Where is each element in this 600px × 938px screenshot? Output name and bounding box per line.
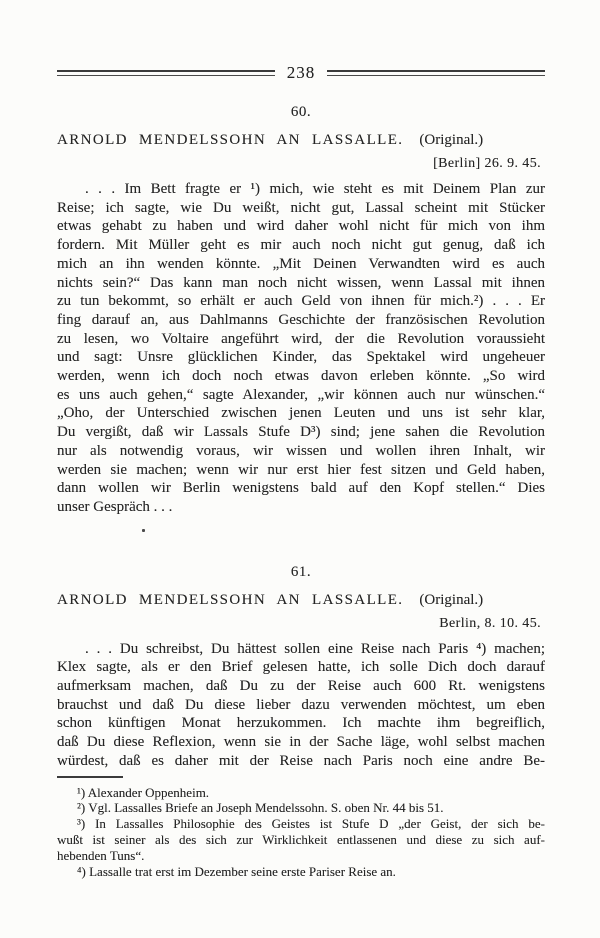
letter-heading: ARNOLD MENDELSSOHN AN LASSALLE.(Original… (57, 592, 545, 609)
text-line: würdest, daß es daher mit der Reise nach… (57, 752, 545, 771)
text-line: . . . Du schreibst, Du hättest sollen ei… (57, 640, 545, 659)
footnote-4: ⁴) Lassalle trat erst im Dezember seine … (57, 864, 545, 880)
text-line: zu tun bekommt, so erhält er auch Geld v… (57, 292, 545, 311)
text-line: „Oho, der Unterschied zwischen jenen Leu… (57, 404, 545, 423)
letter-dateline: Berlin, 8. 10. 45. (57, 616, 545, 632)
print-speck (142, 529, 145, 532)
letter-heading: ARNOLD MENDELSSOHN AN LASSALLE.(Original… (57, 132, 545, 149)
text-line: schon künftigen Monat herzukommen. Ich m… (57, 714, 545, 733)
letter-heading-title: ARNOLD MENDELSSOHN AN LASSALLE. (57, 132, 403, 148)
footnote-separator-rule (57, 776, 123, 778)
text-line: nur als notwendig voraus, wir wissen und… (57, 442, 545, 461)
text-line: es uns auch gehen,“ sagte Alexander, „wi… (57, 386, 545, 405)
text-line: wußt ist seiner als des sich zur Wirklic… (57, 832, 545, 848)
text-line: fing darauf an, aus Dahlmanns Geschichte… (57, 311, 545, 330)
text-line: nichts sein?“ Das kann man noch nicht wi… (57, 274, 545, 293)
letter-body: . . . Im Bett fragte er ¹) mich, wie ste… (57, 180, 545, 517)
text-line: brauchst und daß Du diese lieber dazu ve… (57, 696, 545, 715)
letter-heading-original: (Original.) (419, 132, 483, 148)
text-line: ²) Vgl. Lassalles Briefe an Joseph Mende… (57, 800, 545, 816)
text-line: unser Gespräch . . . (57, 498, 545, 517)
letter-body: . . . Du schreibst, Du hättest sollen ei… (57, 640, 545, 771)
letter-heading-title: ARNOLD MENDELSSOHN AN LASSALLE. (57, 592, 403, 608)
text-line: hebenden Tuns“. (57, 848, 545, 864)
text-line: mich an ihn wenden könnte. „Mit Deinen V… (57, 255, 545, 274)
text-line: aufmerksam machen, daß Du zu der Reise a… (57, 677, 545, 696)
page-number: 238 (287, 63, 316, 83)
text-line: Reise; ich sagte, wie Du weißt, nicht gu… (57, 199, 545, 218)
page-header: 238 (57, 63, 545, 83)
footnote-3: ³) In Lassalles Philosophie des Geistes … (57, 816, 545, 863)
text-line: ³) In Lassalles Philosophie des Geistes … (57, 816, 545, 832)
text-line: Klex sagte, als er den Brief gelesen hat… (57, 658, 545, 677)
text-line: werden sie machen; wenn wir nur erst hie… (57, 461, 545, 480)
text-line: und sagt: Unsre glücklichen Kinder, das … (57, 348, 545, 367)
letter-60: 60. ARNOLD MENDELSSOHN AN LASSALLE.(Orig… (57, 104, 545, 517)
text-line: Du vergißt, daß wir Lassals Stufe D³) si… (57, 423, 545, 442)
footnote-1: ¹) Alexander Oppenheim. (57, 785, 545, 801)
text-line: fordern. Mit Müller geht es mir auch noc… (57, 236, 545, 255)
text-line: daß Du diese Reflexion, wenn sie in der … (57, 733, 545, 752)
text-line: ⁴) Lassalle trat erst im Dezember seine … (57, 864, 545, 880)
footnotes: ¹) Alexander Oppenheim. ²) Vgl. Lassalle… (57, 785, 545, 880)
text-line: etwas gehabt zu haben und wird daher woh… (57, 217, 545, 236)
header-rule-left (57, 70, 275, 76)
footnote-2: ²) Vgl. Lassalles Briefe an Joseph Mende… (57, 800, 545, 816)
text-line: ¹) Alexander Oppenheim. (57, 785, 545, 801)
text-line: werden, wenn ich doch noch etwas davon e… (57, 367, 545, 386)
text-line: zu lesen, wo Voltaire angeführt wird, de… (57, 330, 545, 349)
book-page: 238 60. ARNOLD MENDELSSOHN AN LASSALLE.(… (0, 0, 600, 938)
letter-61: 61. ARNOLD MENDELSSOHN AN LASSALLE.(Orig… (57, 564, 545, 771)
header-rule-right (327, 70, 545, 76)
letter-number: 61. (57, 564, 545, 581)
letter-heading-original: (Original.) (419, 592, 483, 608)
text-line: dann wollen wir Berlin wenigstens bald a… (57, 479, 545, 498)
letter-dateline: [Berlin] 26. 9. 45. (57, 156, 545, 172)
text-line: . . . Im Bett fragte er ¹) mich, wie ste… (57, 180, 545, 199)
letter-number: 60. (57, 104, 545, 121)
